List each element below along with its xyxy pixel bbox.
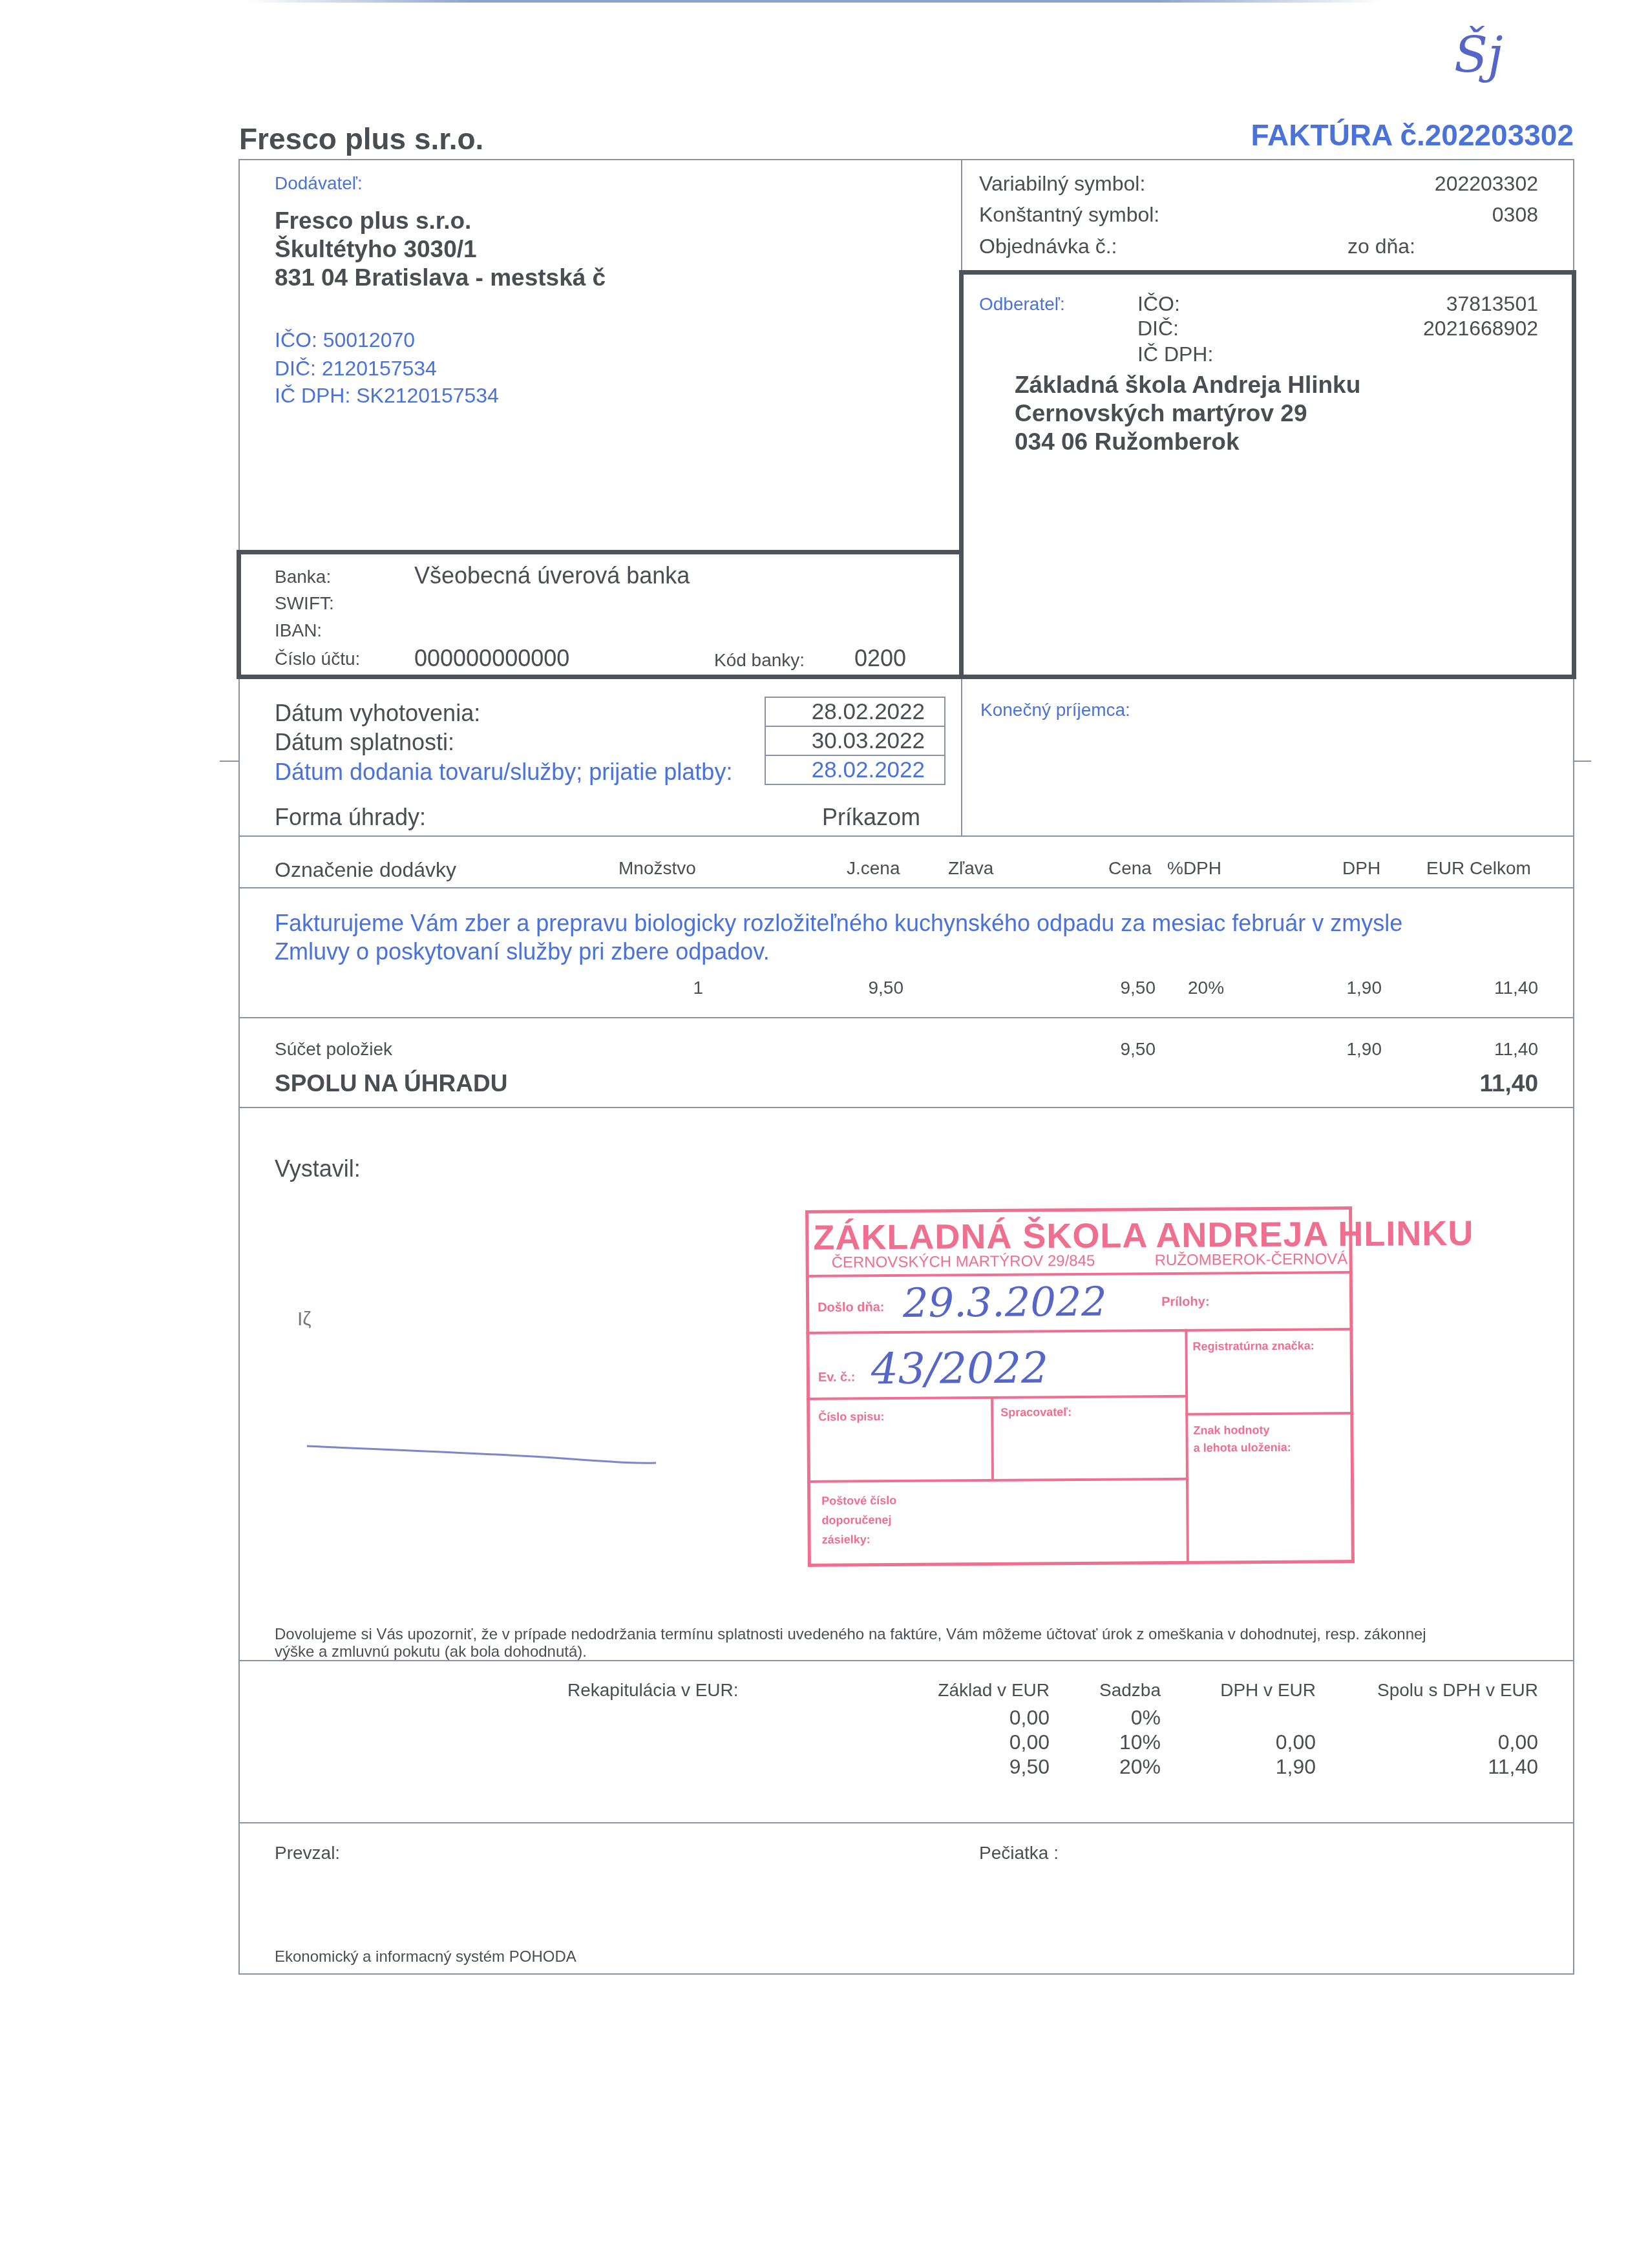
delivery-date-label: Dátum dodania tovaru/služby; prijatie pl… bbox=[275, 759, 732, 786]
constant-symbol-value: 0308 bbox=[1492, 203, 1538, 227]
customer-ico-value: 37813501 bbox=[1446, 292, 1538, 316]
stamp-row-line-right bbox=[1185, 1412, 1353, 1416]
stamp-postal-label-2: doporučenej bbox=[821, 1513, 891, 1528]
customer-dic-label: DIČ: bbox=[1137, 317, 1179, 341]
payment-method-label: Forma úhrady: bbox=[275, 804, 426, 831]
bank-label: Banka: bbox=[275, 567, 331, 587]
handwritten-initials: Šj bbox=[1454, 26, 1503, 83]
amount-due-value: 11,40 bbox=[1479, 1070, 1538, 1097]
item-total: 11,40 bbox=[1494, 978, 1538, 998]
divider-after-totals bbox=[238, 1107, 1574, 1108]
customer-ico-label: IČO: bbox=[1137, 292, 1180, 316]
supplier-dic: DIČ: 2120157534 bbox=[275, 357, 437, 381]
item-vat-rate: 20% bbox=[1188, 978, 1224, 998]
recap-vat: 1,90 bbox=[1276, 1755, 1316, 1779]
item-price: 9,50 bbox=[1121, 978, 1156, 998]
iban-label: IBAN: bbox=[275, 620, 322, 641]
left-margin-tick bbox=[220, 761, 239, 762]
frame-left bbox=[238, 159, 240, 1975]
stamp-row-line-1 bbox=[806, 1271, 1353, 1277]
right-margin-tick bbox=[1573, 761, 1591, 762]
item-vat: 1,90 bbox=[1347, 978, 1382, 998]
swift-label: SWIFT: bbox=[275, 593, 334, 614]
stamp-processor-label: Spracovateľ: bbox=[1000, 1405, 1072, 1420]
due-date-value: 30.03.2022 bbox=[765, 726, 945, 756]
scan-top-edge bbox=[246, 0, 1383, 3]
sum-total: 11,40 bbox=[1494, 1039, 1538, 1060]
recap-label: Rekapitulácia v EUR: bbox=[567, 1680, 739, 1701]
stamp-border-left bbox=[805, 1210, 811, 1567]
stamp-registry-mark-label: Registratúrna značka: bbox=[1193, 1339, 1315, 1353]
signature-stroke bbox=[304, 1441, 666, 1467]
due-date-label: Dátum splatnosti: bbox=[275, 729, 454, 756]
registry-stamp: ZÁKLADNÁ ŠKOLA ANDREJA HLINKU ČERNOVSKÝC… bbox=[805, 1206, 1355, 1567]
col-description: Označenie dodávky bbox=[275, 858, 456, 882]
supplier-ico: IČO: 50012070 bbox=[275, 328, 415, 352]
issue-date-value: 28.02.2022 bbox=[765, 697, 945, 727]
bank-name: Všeobecná úverová banka bbox=[414, 562, 690, 589]
stamp-border-bottom bbox=[808, 1560, 1355, 1567]
recap-rate: 20% bbox=[1119, 1755, 1161, 1779]
recap-rate: 0% bbox=[1131, 1706, 1161, 1730]
sum-label: Súčet položiek bbox=[275, 1039, 392, 1060]
col-discount: Zľava bbox=[948, 858, 993, 879]
account-number-value: 000000000000 bbox=[414, 645, 569, 672]
items-header-divider bbox=[238, 887, 1574, 888]
issued-by-label: Vystavil: bbox=[275, 1155, 361, 1182]
supplier-label: Dodávateľ: bbox=[275, 173, 363, 194]
supplier-street: Škultétyho 3030/1 bbox=[275, 235, 477, 264]
constant-symbol-label: Konštantný symbol: bbox=[979, 203, 1159, 227]
recap-total: 11,40 bbox=[1488, 1755, 1538, 1779]
recap-col-total: Spolu s DPH v EUR bbox=[1377, 1680, 1538, 1701]
stamp-row-line-3 bbox=[807, 1395, 1188, 1400]
sum-price: 9,50 bbox=[1121, 1039, 1156, 1060]
stamp-retention-label-1: Znak hodnoty bbox=[1193, 1423, 1269, 1438]
account-number-label: Číslo účtu: bbox=[275, 649, 360, 669]
stamp-attachments-label: Prílohy: bbox=[1161, 1295, 1210, 1310]
customer-ic-dph-label: IČ DPH: bbox=[1137, 342, 1213, 366]
customer-dic-value: 2021668902 bbox=[1423, 317, 1538, 341]
stamp-address-right: RUŽOMBEROK-ČERNOVÁ bbox=[1155, 1250, 1348, 1270]
frame-bottom bbox=[238, 1973, 1574, 1975]
item-quantity: 1 bbox=[693, 978, 703, 998]
item-description-line2: Zmluvy o poskytovaní služby pri zbere od… bbox=[275, 938, 770, 965]
stamp-row-line-4 bbox=[807, 1478, 1188, 1483]
bank-code-label: Kód banky: bbox=[714, 650, 805, 671]
customer-street: Cernovských martýrov 29 bbox=[1015, 399, 1307, 428]
customer-city: 034 06 Ružomberok bbox=[1015, 428, 1240, 456]
stamp-postal-label-3: zásielky: bbox=[822, 1533, 871, 1547]
divider-before-recap bbox=[238, 1660, 1574, 1661]
received-by-label: Prevzal: bbox=[275, 1843, 340, 1864]
frame-top bbox=[238, 159, 1574, 160]
company-heading: Fresco plus s.r.o. bbox=[239, 121, 483, 156]
recap-col-base: Základ v EUR bbox=[938, 1680, 1050, 1701]
customer-label: Odberateľ: bbox=[979, 294, 1065, 315]
delivery-date-value: 28.02.2022 bbox=[765, 755, 945, 785]
recap-col-rate: Sadzba bbox=[1099, 1680, 1161, 1701]
stamp-row-line-2 bbox=[806, 1328, 1353, 1334]
late-payment-notice-line2: výške a zmluvnú pokutu (ak bola dohodnut… bbox=[275, 1643, 587, 1661]
issued-by-mark: Iζ bbox=[297, 1308, 312, 1330]
issue-date-label: Dátum vyhotovenia: bbox=[275, 700, 480, 727]
stamp-title: ZÁKLADNÁ ŠKOLA ANDREJA HLINKU bbox=[813, 1213, 1474, 1258]
company-stamp-label: Pečiatka : bbox=[979, 1843, 1059, 1864]
recap-base: 0,00 bbox=[1009, 1706, 1050, 1730]
variable-symbol-label: Variabilný symbol: bbox=[979, 172, 1145, 196]
order-number-label: Objednávka č.: bbox=[979, 235, 1117, 258]
item-unit-price: 9,50 bbox=[869, 978, 904, 998]
stamp-reg-no-value: 43/2022 bbox=[871, 1343, 1049, 1394]
late-payment-notice-line1: Dovolujeme si Vás upozorniť, že v prípad… bbox=[275, 1626, 1426, 1644]
divider-before-footer bbox=[238, 1822, 1574, 1823]
supplier-ic-dph: IČ DPH: SK2120157534 bbox=[275, 384, 499, 408]
supplier-name: Fresco plus s.r.o. bbox=[275, 207, 471, 235]
bank-code-value: 0200 bbox=[854, 645, 906, 672]
stamp-address-left: ČERNOVSKÝCH MARTÝROV 29/845 bbox=[832, 1252, 1095, 1272]
software-credit: Ekonomický a informacný systém POHODA bbox=[275, 1948, 576, 1966]
recap-rate: 10% bbox=[1119, 1730, 1161, 1754]
item-description-line1: Fakturujeme Vám zber a prepravu biologic… bbox=[275, 910, 1402, 937]
recap-vat: 0,00 bbox=[1276, 1730, 1316, 1754]
order-date-label: zo dňa: bbox=[1347, 235, 1415, 258]
invoice-title: FAKTÚRA č.202203302 bbox=[1251, 118, 1574, 152]
stamp-retention-label-2: a lehota uloženia: bbox=[1194, 1441, 1291, 1455]
col-unit-price: J.cena bbox=[847, 858, 900, 879]
recap-base: 0,00 bbox=[1009, 1730, 1050, 1754]
sum-vat: 1,90 bbox=[1347, 1039, 1382, 1060]
col-vat: DPH bbox=[1342, 858, 1380, 879]
stamp-received-label: Došlo dňa: bbox=[818, 1300, 885, 1316]
col-vat-rate: %DPH bbox=[1167, 858, 1221, 879]
recap-total: 0,00 bbox=[1498, 1730, 1538, 1754]
divider-before-items bbox=[238, 835, 1574, 837]
stamp-col-line-right bbox=[1185, 1329, 1189, 1562]
stamp-received-date: 29.3.2022 bbox=[903, 1278, 1107, 1327]
customer-name: Základná škola Andreja Hlinku bbox=[1015, 371, 1360, 399]
variable-symbol-value: 202203302 bbox=[1435, 172, 1538, 196]
payment-method-value: Príkazom bbox=[822, 804, 920, 831]
final-recipient-label: Konečný príjemca: bbox=[980, 700, 1130, 720]
supplier-city: 831 04 Bratislava - mestská č bbox=[275, 264, 606, 292]
recap-base: 9,50 bbox=[1009, 1755, 1050, 1779]
col-price: Cena bbox=[1108, 858, 1152, 879]
stamp-border-top bbox=[805, 1206, 1352, 1213]
stamp-col-line-mid bbox=[991, 1396, 994, 1480]
stamp-file-no-label: Číslo spisu: bbox=[818, 1410, 884, 1424]
recap-col-vat: DPH v EUR bbox=[1220, 1680, 1316, 1701]
divider-before-totals bbox=[238, 1017, 1574, 1018]
amount-due-label: SPOLU NA ÚHRADU bbox=[275, 1070, 507, 1097]
col-total: EUR Celkom bbox=[1426, 858, 1531, 879]
stamp-postal-label-1: Poštové číslo bbox=[821, 1494, 896, 1508]
col-quantity: Množstvo bbox=[618, 858, 696, 879]
stamp-border-right bbox=[1349, 1206, 1355, 1563]
stamp-reg-no-label: Ev. č.: bbox=[818, 1370, 856, 1385]
